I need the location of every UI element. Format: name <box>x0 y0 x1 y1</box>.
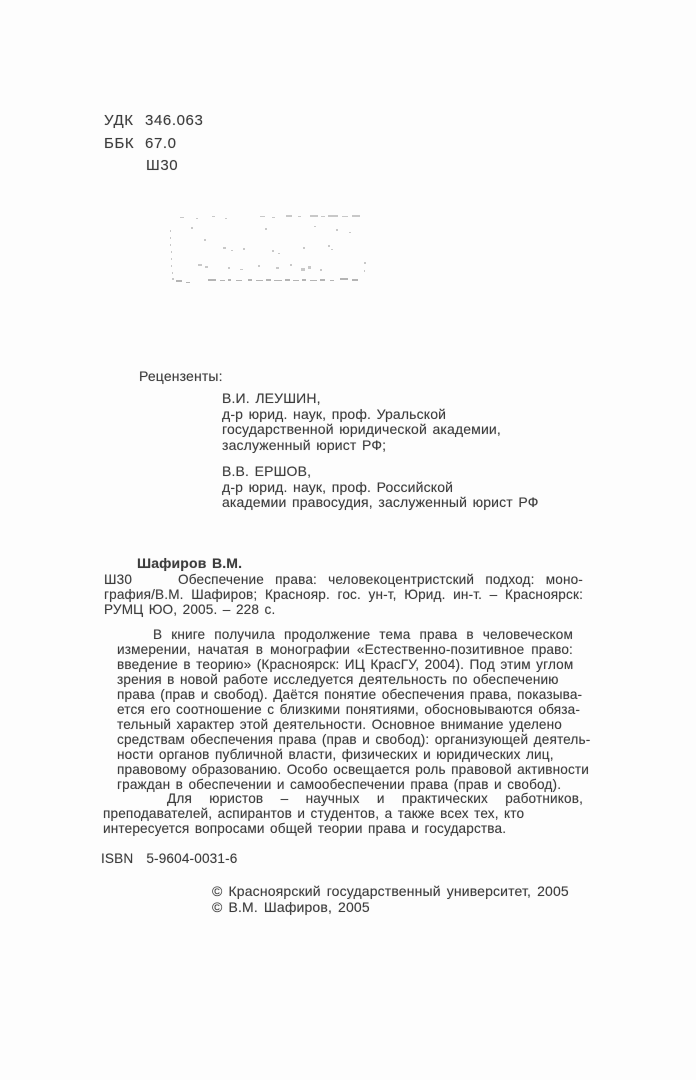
copyright-author-line: © В.М. Шафиров, 2005 <box>212 900 569 916</box>
bbk-value: 67.0 <box>145 135 177 152</box>
copyright-university-line: © Красноярский государственный университ… <box>212 884 569 900</box>
isbn-value: 5-9604-0031-6 <box>146 851 237 866</box>
annotation-line: преподавателей, аспирантов и студентов, … <box>103 806 583 821</box>
isbn-label: ISBN <box>101 851 133 866</box>
catalog-entry-line: Ш30 Обеспечение права: человекоцентристс… <box>104 572 583 587</box>
reviewer-affiliation-line: заслуженный юрист РФ; <box>222 438 501 454</box>
annotation-line: введение в теорию» (Красноярск: ИЦ КрасГ… <box>117 657 573 672</box>
classification-block: УДК346.063 ББК67.0 Ш30 <box>104 110 203 178</box>
annotation-line: граждан в обеспечении и самообеспечении … <box>117 777 573 792</box>
catalog-title-line: Обеспечение права: человекоцентристский … <box>178 572 583 587</box>
catalog-code: Ш30 <box>104 572 132 587</box>
book-imprint-page: УДК346.063 ББК67.0 Ш30 <box>0 0 696 1080</box>
bbk-label: ББК <box>104 133 145 156</box>
annotation-line: ется его соотношение с близкими понятиям… <box>117 702 573 717</box>
annotation-line: средствам обеспечения права (прав и своб… <box>117 732 573 747</box>
annotation-line: правовому образованию. Особо освещается … <box>117 762 573 777</box>
stamp-marks-graphic <box>168 212 368 288</box>
udk-row: УДК346.063 <box>104 110 203 133</box>
annotation-paragraph-1: В книге получила продолжение тема права … <box>117 627 573 792</box>
annotation-line: Для юристов – научных и практических раб… <box>103 791 583 806</box>
annotation-paragraph-2: Для юристов – научных и практических раб… <box>103 791 583 836</box>
faded-library-stamp <box>168 212 368 288</box>
reviewer-affiliation-line: академии правосудия, заслуженный юрист Р… <box>222 495 539 511</box>
bbk-row: ББК67.0 <box>104 133 203 156</box>
catalog-entry-line: РУМЦ ЮО, 2005. – 228 с. <box>104 602 583 617</box>
catalog-entry: Ш30 Обеспечение права: человекоцентристс… <box>104 572 583 617</box>
reviewer-affiliation-line: государственной юридической академии, <box>222 422 501 438</box>
udk-value: 346.063 <box>145 112 203 129</box>
reviewer-affiliation-line: д-р юрид. наук, проф. Уральской <box>222 407 501 423</box>
reviewers-block: Рецензенты: <box>139 369 223 385</box>
annotation-line: тельный характер этой деятельности. Осно… <box>117 717 573 732</box>
udk-label: УДК <box>104 110 145 133</box>
author-code: Ш30 <box>146 157 178 174</box>
author-name-heading: Шафиров В.М. <box>137 556 242 571</box>
author-code-row: Ш30 <box>104 155 203 178</box>
reviewers-heading: Рецензенты: <box>139 369 223 385</box>
reviewer-second: В.В. ЕРШОВ, д-р юрид. наук, проф. Россий… <box>222 464 539 511</box>
annotation-line: В книге получила продолжение тема права … <box>117 627 573 642</box>
reviewer-name: В.И. ЛЕУШИН, <box>222 391 501 407</box>
annotation-line: права (прав и свобод). Даётся понятие об… <box>117 687 573 702</box>
annotation-line: зрения в новой работе исследуется деятел… <box>117 672 573 687</box>
annotation-line: ности органов публичной власти, физическ… <box>117 747 573 762</box>
catalog-entry-line: графия/В.М. Шафиров; Краснояр. гос. ун-т… <box>104 587 583 602</box>
isbn-row: ISBN5-9604-0031-6 <box>101 851 237 866</box>
reviewer-first: В.И. ЛЕУШИН, д-р юрид. наук, проф. Ураль… <box>222 391 501 453</box>
copyright-block: © Красноярский государственный университ… <box>212 884 569 916</box>
annotation-line: интересуется вопросами общей теории прав… <box>103 821 583 836</box>
reviewer-name: В.В. ЕРШОВ, <box>222 464 539 480</box>
annotation-line: измерении, начатая в монографии «Естеств… <box>117 642 573 657</box>
reviewer-affiliation-line: д-р юрид. наук, проф. Российской <box>222 480 539 496</box>
